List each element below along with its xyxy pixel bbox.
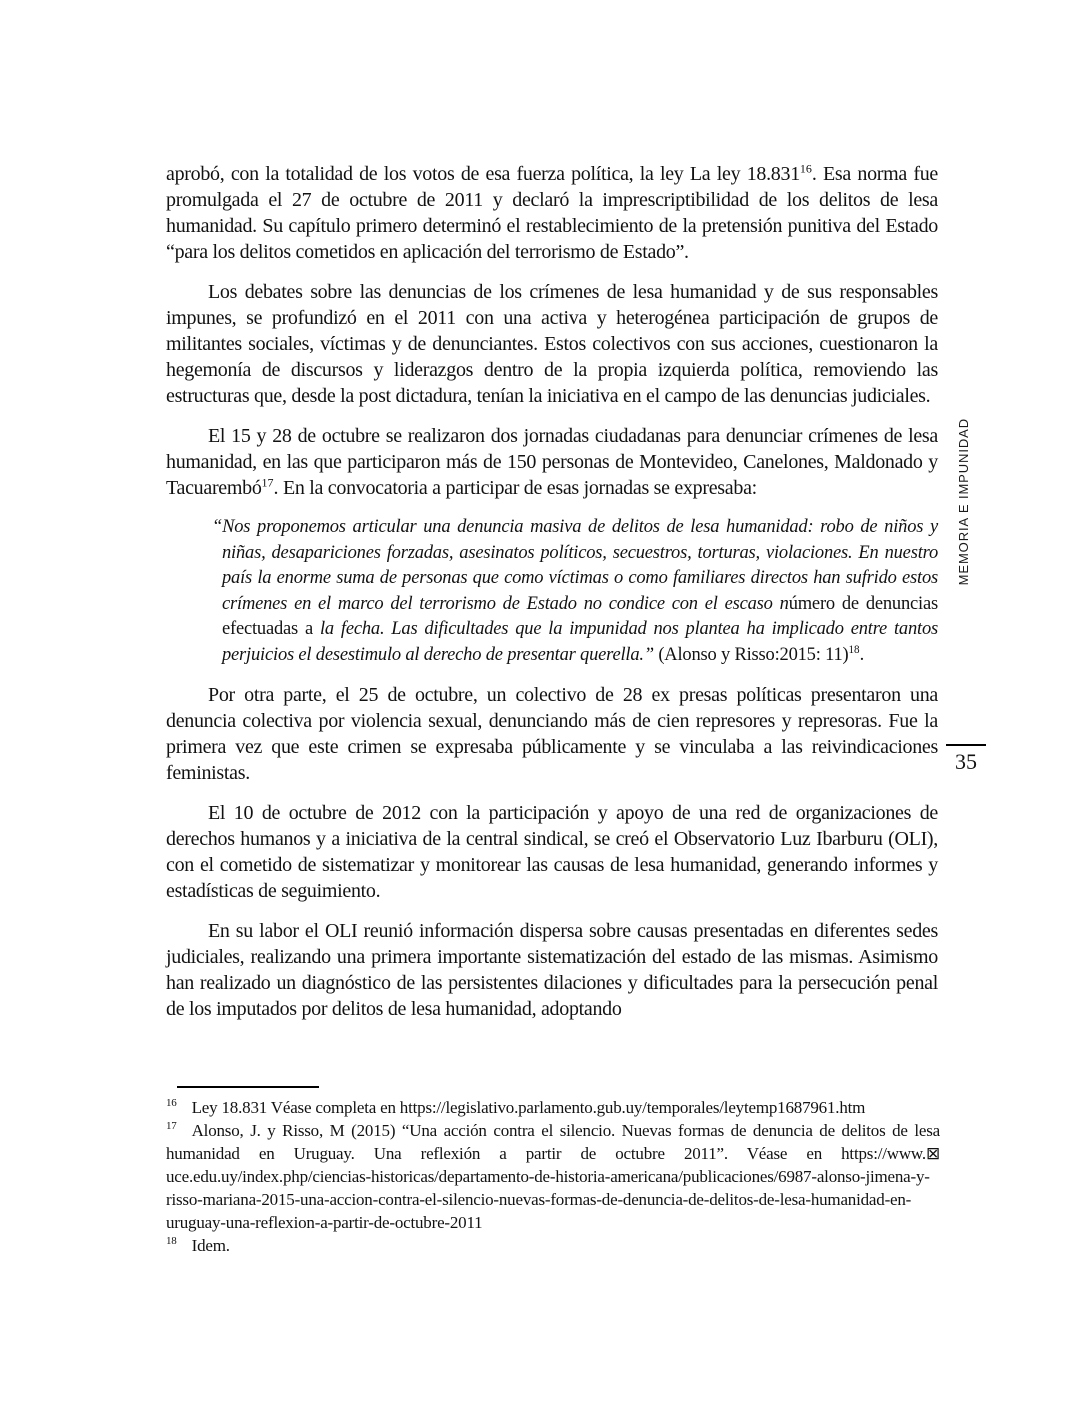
running-head-vertical: MEMORIA E IMPUNIDAD (956, 417, 973, 567)
body-text-column: aprobó, con la totalidad de los votos de… (166, 161, 938, 1036)
document-page: aprobó, con la totalidad de los votos de… (0, 0, 1069, 1409)
text-segment: . (860, 645, 864, 665)
text-segment: Por otra parte, el 25 de octubre, un col… (166, 684, 938, 784)
footnote-number: 16 (166, 1097, 177, 1109)
page-number: 35 (955, 749, 977, 774)
footnote-number: 18 (166, 1235, 177, 1247)
page-number-rule (946, 744, 986, 746)
paragraph: El 10 de octubre de 2012 con la particip… (166, 800, 938, 904)
running-head-label: MEMORIA E IMPUNIDAD (956, 418, 971, 585)
paragraph: Por otra parte, el 25 de octubre, un col… (166, 682, 938, 786)
footnote-list: 16Ley 18.831 Véase completa en https://l… (166, 1096, 940, 1257)
paragraph: El 15 y 28 de octubre se realizaron dos … (166, 423, 938, 501)
footnote-text: Idem. (192, 1236, 230, 1255)
text-segment: aprobó, con la totalidad de los votos de… (166, 163, 800, 185)
text-segment: . En la convocatoria a participar de esa… (274, 477, 757, 499)
footnote-ref: 17 (262, 475, 274, 489)
paragraph: En su labor el OLI reunió información di… (166, 918, 938, 1022)
footnote-separator-rule (177, 1086, 319, 1088)
footnote-text: Ley 18.831 Véase completa en https://leg… (192, 1098, 866, 1117)
footnote-ref: 18 (848, 643, 859, 655)
footnotes-section: 16Ley 18.831 Véase completa en https://l… (166, 1086, 940, 1257)
blockquote: “Nos proponemos articular una denuncia m… (222, 515, 938, 668)
footnote-number: 17 (166, 1120, 177, 1132)
footnote-item: 18Idem. (166, 1234, 940, 1257)
footnote-text: Alonso, J. y Risso, M (2015) “Una acción… (166, 1121, 940, 1232)
footnote-item: 16Ley 18.831 Véase completa en https://l… (166, 1096, 940, 1119)
text-segment: El 10 de octubre de 2012 con la particip… (166, 802, 938, 902)
page-number-block: 35 (946, 744, 986, 774)
footnote-ref: 16 (800, 161, 812, 175)
paragraph: Los debates sobre las denuncias de los c… (166, 279, 938, 409)
text-segment: Los debates sobre las denuncias de los c… (166, 281, 938, 407)
text-segment: (Alonso y Risso:2015: 11) (654, 645, 849, 665)
text-segment: En su labor el OLI reunió información di… (166, 920, 938, 1020)
paragraph: aprobó, con la totalidad de los votos de… (166, 161, 938, 265)
footnote-item: 17Alonso, J. y Risso, M (2015) “Una acci… (166, 1119, 940, 1234)
